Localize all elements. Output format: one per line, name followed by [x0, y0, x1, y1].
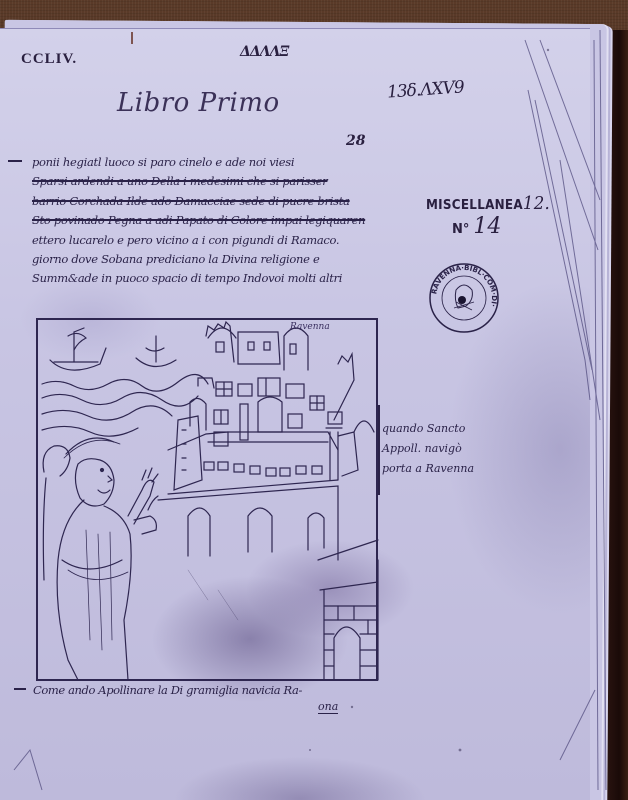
chapter-title: Libro Primo — [117, 88, 280, 118]
ship-icon — [50, 328, 106, 370]
text-line: ponii hegiatl luoco si paro cinelo e ade… — [32, 153, 382, 172]
caption-dash — [14, 688, 26, 690]
archive-stamp-label: MISCELLANEA12. — [426, 193, 550, 214]
margin-dash — [8, 160, 22, 162]
archive-stamp-number: N°14 — [452, 214, 501, 239]
stamp-number-label: N° — [452, 222, 469, 237]
manuscript-text: ponii hegiatl luoco si paro cinelo e ade… — [32, 153, 382, 289]
folio-number: CCLIV. — [21, 51, 77, 68]
margin-note-line: porta a Ravenna — [382, 459, 502, 479]
text-line-struck: Sto povinado Pegna a adi Papato di Color… — [32, 211, 382, 230]
illustration-frame — [36, 318, 378, 681]
illustration-drawing — [38, 320, 380, 683]
stamp-volume: 12. — [523, 193, 550, 214]
companion-figure — [43, 446, 70, 580]
book-edge — [606, 30, 628, 800]
page-number: 28 — [346, 133, 365, 149]
city-label: Ravenna — [290, 322, 330, 332]
ship-icon — [136, 336, 176, 367]
margin-note-line: quando Sancto — [382, 419, 502, 439]
text-line: ettero lucarelo e pero vicino a i con pi… — [32, 231, 382, 250]
text-line: giorno dove Sobana prediciano la Divina … — [32, 250, 382, 269]
stamp-number-value: 14 — [473, 214, 501, 239]
saint-figure — [57, 438, 158, 680]
margin-note: quando Sancto Appoll. navigò porta a Rav… — [382, 419, 502, 479]
city-windows — [204, 462, 322, 476]
text-line-struck: barrio Corchada Ilde ado Damacciae sede … — [32, 192, 382, 211]
caption-continuation: ona — [318, 700, 338, 714]
top-ornament: ΔΔΛΛΞ — [240, 44, 288, 60]
text-line: Summ&ade in puoco spacio di tempo Indovo… — [32, 269, 382, 288]
stamp-text: MISCELLANEA — [426, 198, 523, 213]
margin-bracket — [378, 405, 380, 495]
text-line-struck: Sparsi ardendi a uno Della i medesimi ch… — [32, 172, 382, 191]
margin-note-line: Appoll. navigò — [382, 439, 502, 459]
library-seal-icon: RAVENNA·BIBL·COM·DI· — [428, 262, 500, 334]
illustration-caption: Come ando Apollinare la Di gramiglia nav… — [33, 683, 383, 697]
